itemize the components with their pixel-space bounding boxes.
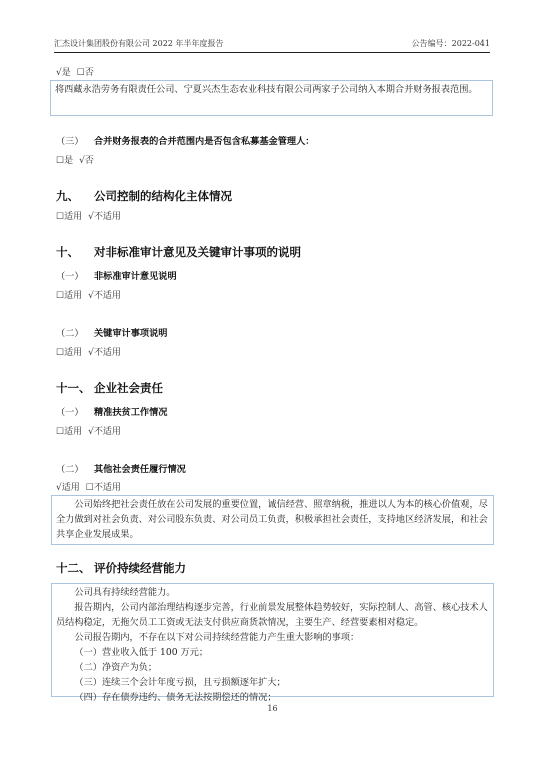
consolidation-change-options: √是☐否 [56,67,100,79]
social-responsibility-text: 公司始终把社会责任放在公司发展的重要位置，诚信经营、照章纳税，推进以人为本的核心… [56,497,488,542]
section-10-sub1-options: ☐适用√不适用 [56,290,127,302]
going-concern-item: （四）存在债券违约、债务无法按期偿还的情况； [56,690,488,705]
consolidation-scope-text: 将西藏永浩劳务有限责任公司、宁夏兴杰生态农业科技有限公司两家子公司纳入本期合并财… [55,82,487,97]
going-concern-box: 公司具有持续经营能力。 报告期内，公司内部治理结构逐步完善，行业前景发展整体趋势… [51,583,494,697]
social-responsibility-box: 公司始终把社会责任放在公司发展的重要位置，诚信经营、照章纳税，推进以人为本的核心… [51,495,494,545]
section-9-title: 公司控制的结构化主体情况 [94,189,232,203]
section-3-heading: （三）合并财务报表的合并范围内是否包含私募基金管理人： [56,133,315,147]
section-9-heading: 九、公司控制的结构化主体情况 [56,188,232,204]
going-concern-item: （一）营业收入低于 100 万元； [56,645,488,660]
going-concern-paragraph: 公司具有持续经营能力。 [56,585,488,600]
option-yes: √是 [56,68,71,78]
section-3-title: 合并财务报表的合并范围内是否包含私募基金管理人： [94,136,315,147]
going-concern-paragraph: 公司报告期内，不存在以下对公司持续经营能力产生重大影响的事项： [56,630,488,645]
section-10-heading: 十、对非标准审计意见及关键审计事项的说明 [56,244,301,260]
announcement-number: 公告编号：2022-041 [412,38,490,50]
section-10-title: 对非标准审计意见及关键审计事项的说明 [94,245,301,259]
section-11-heading: 十一、企业社会责任 [56,380,163,396]
going-concern-item: （三）连续三个会计年度亏损，且亏损额逐年扩大； [56,675,488,690]
section-11-title: 企业社会责任 [94,381,163,395]
section-12-heading: 十二、评价持续经营能力 [56,560,186,576]
page-header: 汇杰设计集团股份有限公司 2022 年半年度报告 公告编号：2022-041 [54,38,490,53]
section-11-sub2-options: √适用☐不适用 [56,482,127,494]
option-no: ☐否 [77,68,94,78]
consolidation-scope-box: 将西藏永浩劳务有限责任公司、宁夏兴杰生态农业科技有限公司两家子公司纳入本期合并财… [50,80,493,116]
going-concern-item: （二）净资产为负； [56,660,488,675]
section-11-sub1-options: ☐适用√不适用 [56,426,127,438]
section-3-options: ☐是√否 [56,155,100,167]
section-10-sub2-heading: （二）关键审计事项说明 [56,325,168,339]
section-10-sub1-heading: （一）非标准审计意见说明 [56,268,177,282]
section-10-sub2-options: ☐适用√不适用 [56,347,127,359]
report-title: 汇杰设计集团股份有限公司 2022 年半年度报告 [54,38,223,50]
page-number: 16 [0,704,545,713]
section-11-sub1-heading: （一）精准扶贫工作情况 [56,404,168,418]
section-11-sub2-heading: （二）其他社会责任履行情况 [56,461,186,475]
going-concern-paragraph: 报告期内，公司内部治理结构逐步完善，行业前景发展整体趋势较好，实际控制人、高管、… [56,600,488,630]
section-12-title: 评价持续经营能力 [94,561,186,575]
section-9-options: ☐适用√不适用 [56,211,127,223]
